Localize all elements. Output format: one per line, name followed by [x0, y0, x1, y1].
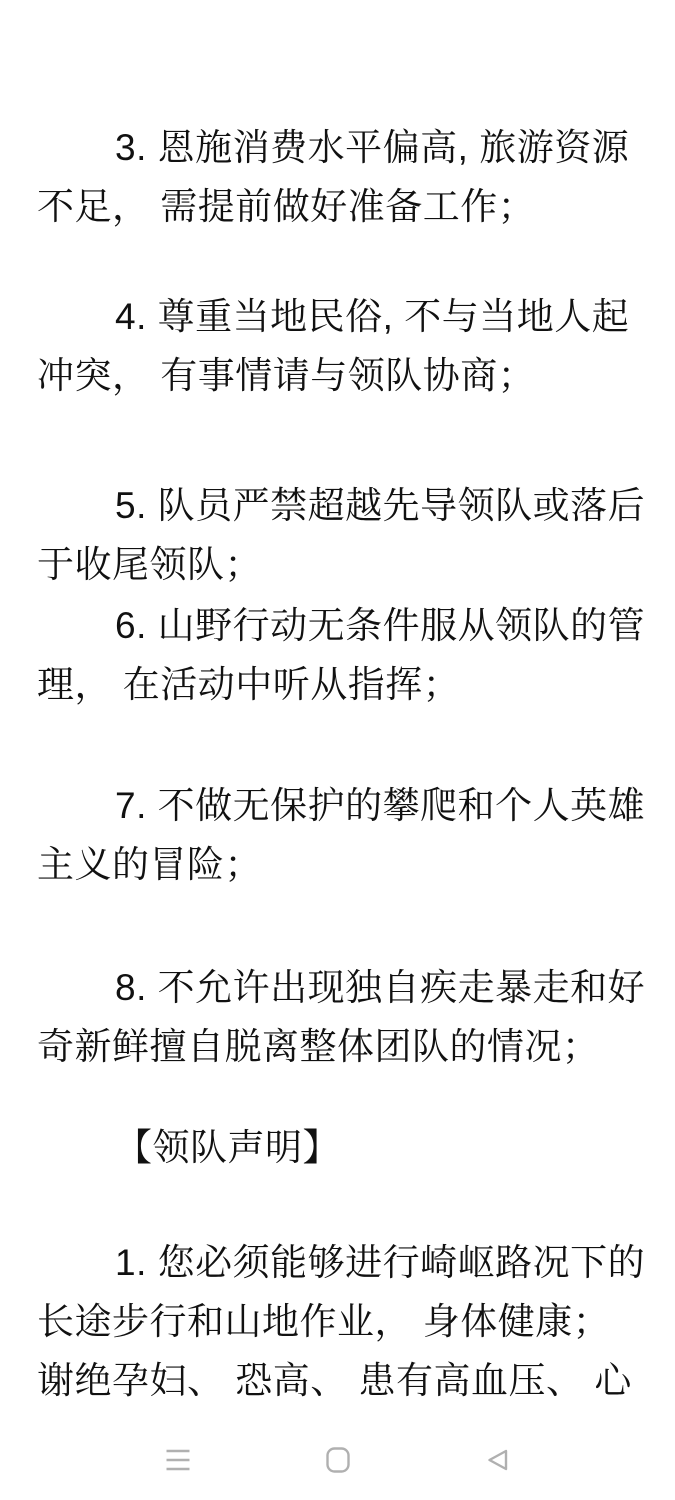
- section-heading: 【领队声明】: [37, 1118, 647, 1177]
- document-body: 3. 恩施消费水平偏高, 旅游资源不足， 需提前做好准备工作； 4. 尊重当地民…: [0, 0, 675, 1469]
- rule-item-5: 5. 队员严禁超越先导领队或落后于收尾领队；: [37, 476, 647, 594]
- android-navigation-bar: [0, 1420, 675, 1500]
- home-square-icon: [325, 1447, 351, 1473]
- rule-item-6: 6. 山野行动无条件服从领队的管理， 在活动中听从指挥；: [37, 596, 647, 714]
- nav-back-button[interactable]: [485, 1447, 511, 1473]
- back-triangle-icon: [485, 1447, 511, 1473]
- rule-item-4: 4. 尊重当地民俗, 不与当地人起冲突， 有事情请与领队协商；: [37, 287, 647, 405]
- menu-icon: [165, 1447, 191, 1473]
- nav-menu-button[interactable]: [165, 1447, 191, 1473]
- rule-item-8: 8. 不允许出现独自疾走暴走和好奇新鲜擅自脱离整体团队的情况；: [37, 958, 647, 1076]
- rule-item-7: 7. 不做无保护的攀爬和个人英雄主义的冒险；: [37, 776, 647, 894]
- nav-home-button[interactable]: [325, 1447, 351, 1473]
- rule-item-3: 3. 恩施消费水平偏高, 旅游资源不足， 需提前做好准备工作；: [37, 118, 647, 236]
